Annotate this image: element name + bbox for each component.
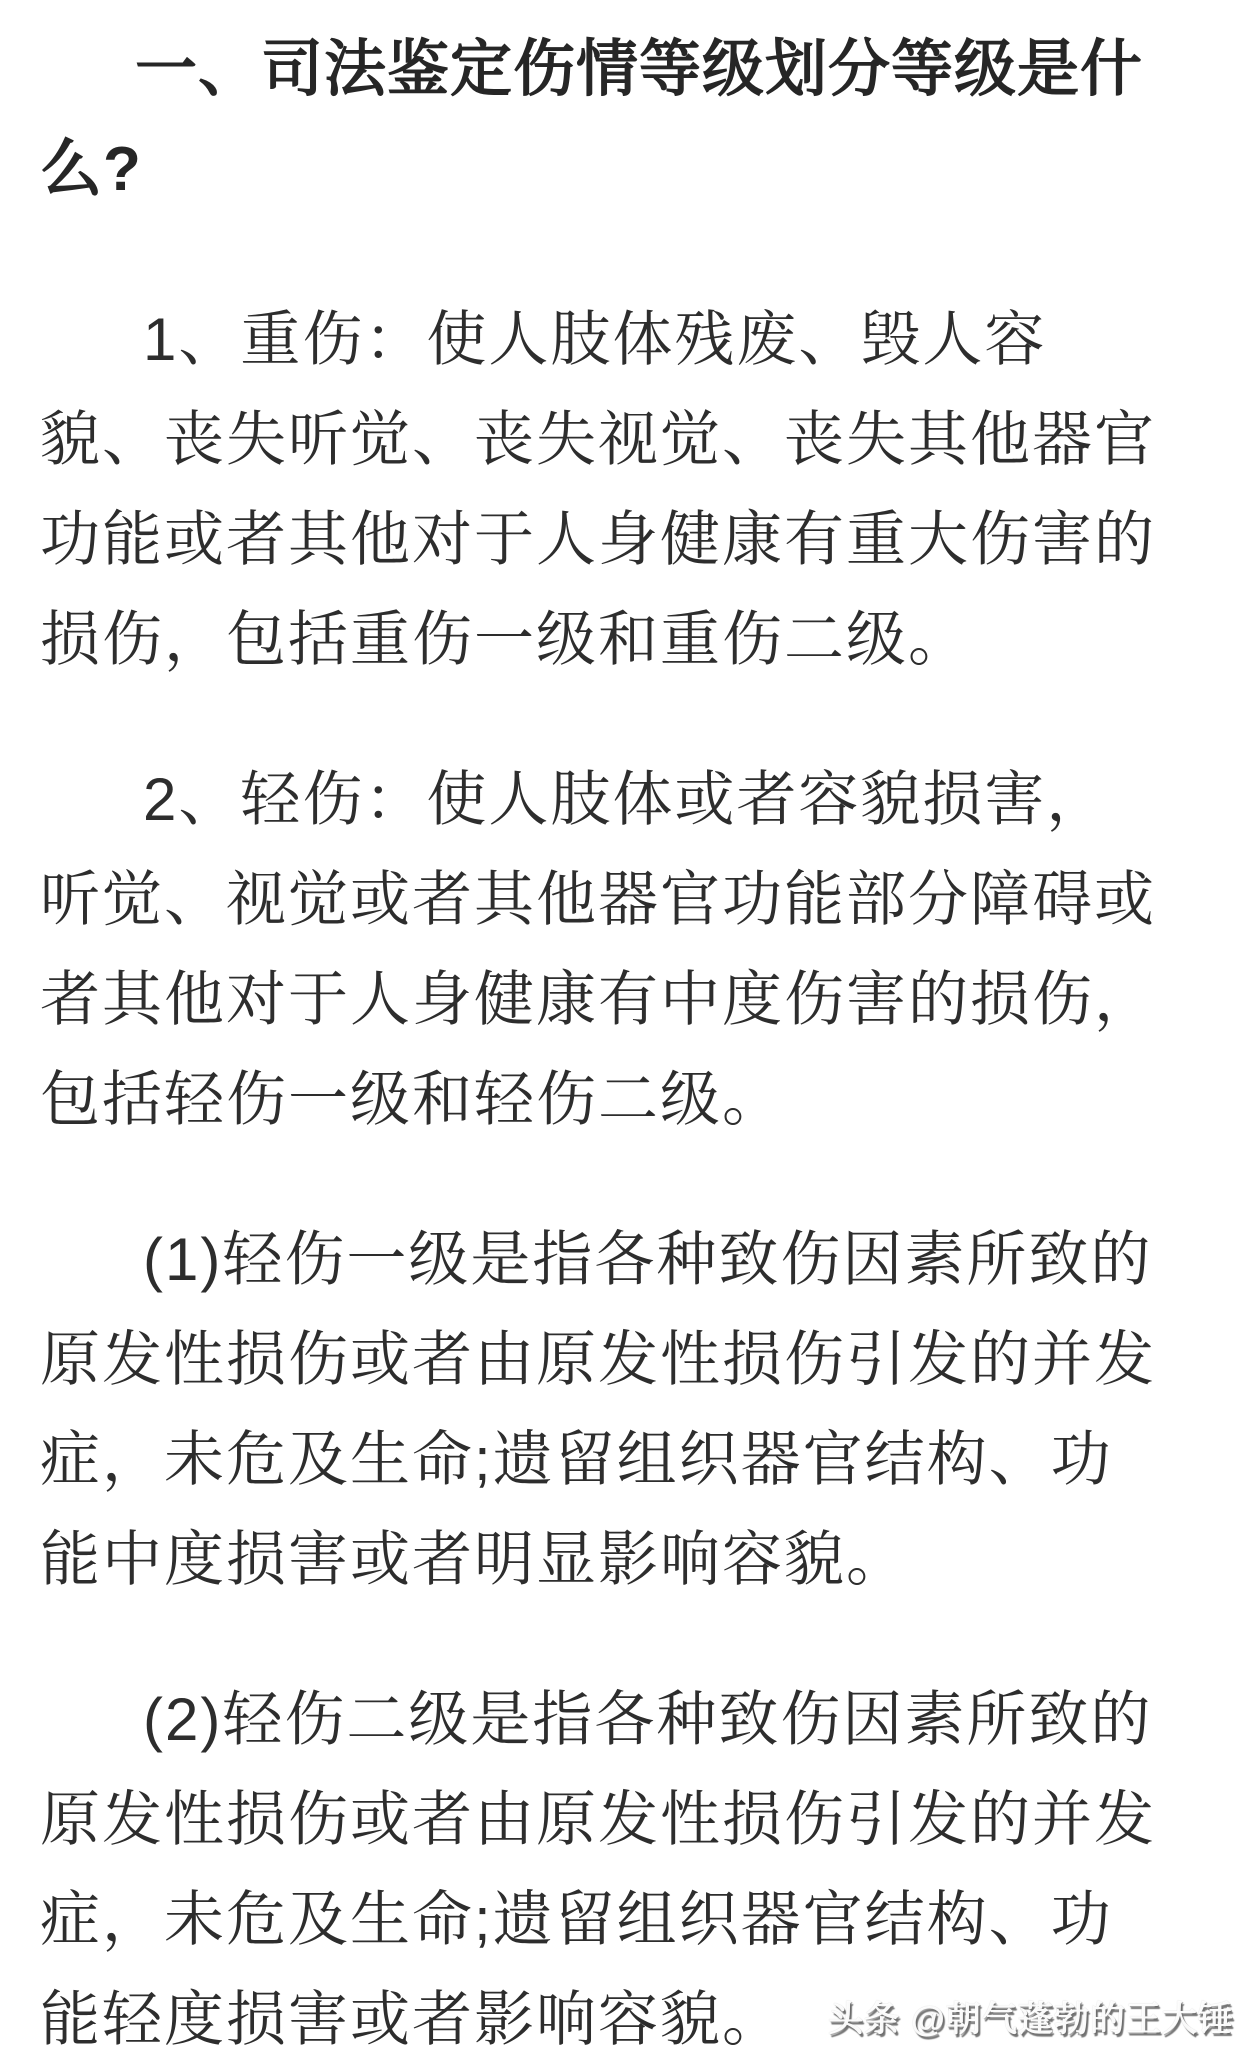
article-page: 一、司法鉴定伤情等级划分等级是什 么? 1、重伤：使人肢体残废、毁人容 貌、丧失… — [0, 0, 1242, 2066]
toutiao-watermark: 头条 @朝气蓬勃的王大锤 — [828, 1992, 1234, 2042]
paragraph-serious-injury: 1、重伤：使人肢体残废、毁人容 貌、丧失听觉、丧失视觉、丧失其他器官 功能或者其… — [40, 290, 1202, 690]
article-title: 一、司法鉴定伤情等级划分等级是什 么? — [40, 20, 1202, 220]
paragraph-minor-injury-grade-1: (1)轻伤一级是指各种致伤因素所致的 原发性损伤或者由原发性损伤引发的并发 症，… — [40, 1210, 1202, 1610]
paragraph-minor-injury: 2、轻伤：使人肢体或者容貌损害， 听觉、视觉或者其他器官功能部分障碍或 者其他对… — [40, 750, 1202, 1150]
